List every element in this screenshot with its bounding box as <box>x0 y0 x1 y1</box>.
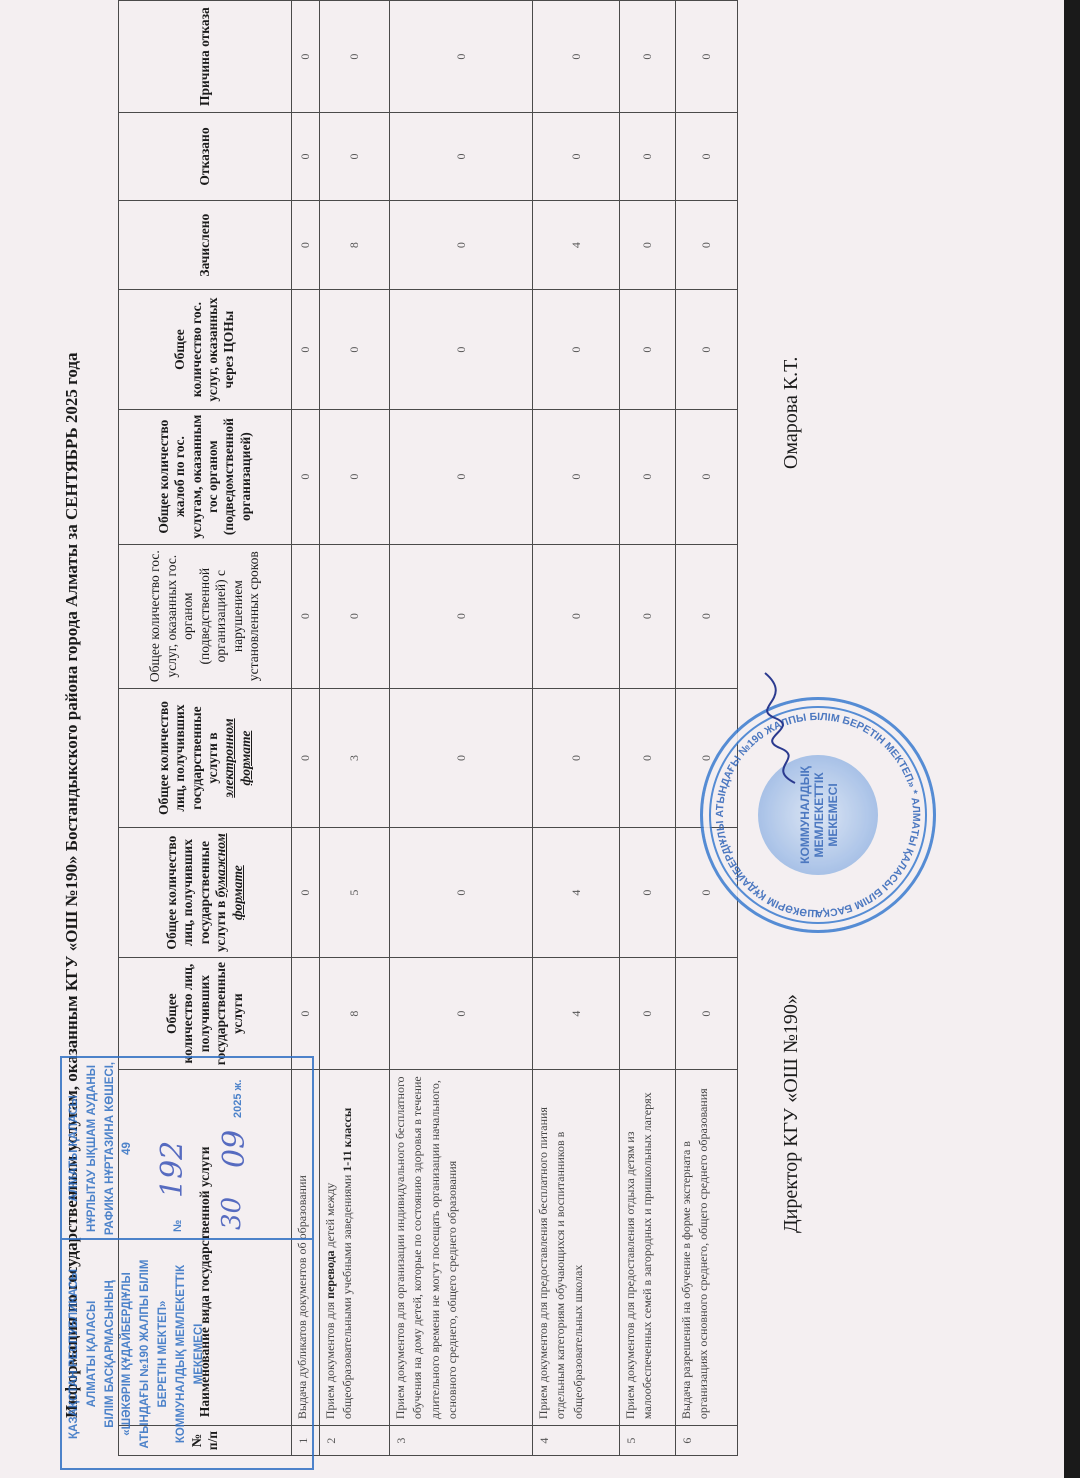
row-number: 2 <box>320 1426 390 1456</box>
row-number: 3 <box>390 1426 533 1456</box>
scan-edge <box>1064 0 1080 1478</box>
cell-con: 0 <box>533 290 620 409</box>
cell-reason: 0 <box>676 1 738 113</box>
cell-enrolled: 8 <box>320 200 390 290</box>
service-name-emphasis: 1-11 классы <box>340 1108 354 1172</box>
header-refused: Отказано <box>119 113 292 201</box>
cell-violations: 0 <box>292 544 320 688</box>
cell-refused: 0 <box>533 113 620 201</box>
cell-con: 0 <box>676 290 738 409</box>
cell-con: 0 <box>320 290 390 409</box>
stamp-line: «ШӘКӘРІМ ҚҰДАЙБЕРДІҰЛЫ <box>119 1244 137 1464</box>
table-row: 3Прием документов для организации индиви… <box>390 1 533 1456</box>
cell-reason: 0 <box>390 1 533 113</box>
cell-complaints: 0 <box>620 409 676 544</box>
header-con: Общее количество гос. услуг, оказанных ч… <box>119 290 292 409</box>
cell-electronic: 3 <box>320 688 390 827</box>
cell-refused: 0 <box>320 113 390 201</box>
cell-refused: 0 <box>390 113 533 201</box>
header-electronic-em: электронном формате <box>221 718 252 797</box>
cell-violations: 0 <box>320 544 390 688</box>
stamp-line: РАФИКА НҰРТАЗИНА КӨШЕСІ, 49 <box>102 1061 138 1236</box>
cell-enrolled: 4 <box>533 200 620 290</box>
director-name: Омарова К.Т. <box>780 357 802 469</box>
header-reason: Причина отказа <box>119 1 292 113</box>
stamp-org-block: ҚАЗАҚСТАН РЕСПУБЛИКАСЫАЛМАТЫ ҚАЛАСЫБІЛІМ… <box>66 1244 209 1464</box>
signature-scribble <box>760 668 810 788</box>
cell-con: 0 <box>390 290 533 409</box>
cell-violations: 0 <box>676 544 738 688</box>
cell-refused: 0 <box>292 113 320 201</box>
cell-refused: 0 <box>620 113 676 201</box>
header-electronic: Общее количество лиц, получивших государ… <box>119 688 292 827</box>
stamp-line: АЛМАТЫ ҚАЛАСЫ <box>84 1244 102 1464</box>
header-complaints: Общее количество жалоб по гос. услугам, … <box>119 409 292 544</box>
stamp-line: КОММУНАЛДЫҚ МЕМЛЕКЕТТІК <box>173 1244 191 1464</box>
cell-enrolled: 0 <box>390 200 533 290</box>
cell-total: 0 <box>676 957 738 1069</box>
cell-total: 8 <box>320 957 390 1069</box>
cell-complaints: 0 <box>292 409 320 544</box>
registration-stamp: ҚАЗАҚСТАН РЕСПУБЛИКАСЫАЛМАТЫ ҚАЛАСЫБІЛІМ… <box>60 1056 314 1470</box>
cell-con: 0 <box>620 290 676 409</box>
cell-con: 0 <box>292 290 320 409</box>
cell-reason: 0 <box>320 1 390 113</box>
header-paper: Общее количество лиц, получивших государ… <box>119 828 292 958</box>
header-violations: Общее количество гос. услуг, оказанных г… <box>119 544 292 688</box>
service-name: Прием документов для перевода детей межд… <box>320 1070 390 1426</box>
service-name-emphasis: перевода <box>323 1250 337 1298</box>
cell-reason: 0 <box>533 1 620 113</box>
row-number: 6 <box>676 1426 738 1456</box>
cell-electronic: 0 <box>292 688 320 827</box>
header-electronic-text: Общее количество лиц, получивших государ… <box>156 701 220 815</box>
cell-complaints: 0 <box>533 409 620 544</box>
cell-enrolled: 0 <box>676 200 738 290</box>
stamp-line: ҚАЗАҚСТАН РЕСПУБЛИКАСЫ <box>66 1244 84 1464</box>
cell-violations: 0 <box>390 544 533 688</box>
cell-complaints: 0 <box>676 409 738 544</box>
document-sheet: Информация по государственным услугам, о… <box>0 0 1080 1478</box>
stamp-line: МЕКЕМЕСІ <box>191 1244 209 1464</box>
header-enrolled: Зачислено <box>119 200 292 290</box>
cell-total: 0 <box>292 957 320 1069</box>
service-name: Прием документов для предоставления отды… <box>620 1070 676 1426</box>
stamp-date-year: 2025 ж. <box>230 1080 247 1118</box>
cell-reason: 0 <box>292 1 320 113</box>
cell-paper: 5 <box>320 828 390 958</box>
cell-electronic: 0 <box>620 688 676 827</box>
cell-paper: 0 <box>292 828 320 958</box>
stamp-line: АЛМАТЫ ҚАЛАСЫ <box>66 1061 84 1236</box>
row-number: 4 <box>533 1426 620 1456</box>
stamp-number-handwritten: 192 <box>150 1141 197 1198</box>
service-name: Прием документов для организации индивид… <box>390 1070 533 1426</box>
cell-reason: 0 <box>620 1 676 113</box>
cell-violations: 0 <box>620 544 676 688</box>
service-name: Выдача разрешений на обучение в форме эк… <box>676 1070 738 1426</box>
stamp-line: БЕРЕТІН МЕКТЕП» <box>155 1244 173 1464</box>
director-position: Директор КГУ «ОШ №190» <box>780 994 802 1233</box>
stamp-line: БІЛІМ БАСҚАРМАСЫНЫҢ <box>102 1244 120 1464</box>
cell-complaints: 0 <box>390 409 533 544</box>
cell-paper: 4 <box>533 828 620 958</box>
table-row: 4Прием документов для предоставления бес… <box>533 1 620 1456</box>
table-row: 2Прием документов для перевода детей меж… <box>320 1 390 1456</box>
cell-violations: 0 <box>533 544 620 688</box>
cell-enrolled: 0 <box>292 200 320 290</box>
stamp-line: НҰРЛЫТАУ ЫҚШАМ АУДАНЫ <box>84 1061 102 1236</box>
cell-total: 0 <box>620 957 676 1069</box>
cell-total: 0 <box>390 957 533 1069</box>
stamp-date-month: 09 <box>212 1130 259 1168</box>
cell-electronic: 0 <box>390 688 533 827</box>
cell-total: 4 <box>533 957 620 1069</box>
cell-enrolled: 0 <box>620 200 676 290</box>
cell-electronic: 0 <box>533 688 620 827</box>
cell-refused: 0 <box>676 113 738 201</box>
stamp-address-block: АЛМАТЫ ҚАЛАСЫНҰРЛЫТАУ ЫҚШАМ АУДАНЫРАФИКА… <box>66 1061 137 1236</box>
service-name: Прием документов для предоставления бесп… <box>533 1070 620 1426</box>
stamp-line: АТЫНДАҒЫ №190 ЖАЛПЫ БІЛІМ <box>137 1244 155 1464</box>
stamp-number-label: № <box>170 1220 187 1232</box>
cell-paper: 0 <box>620 828 676 958</box>
cell-paper: 0 <box>390 828 533 958</box>
service-name-text: Прием документов для <box>323 1299 337 1419</box>
cell-complaints: 0 <box>320 409 390 544</box>
stamp-date-day: 30 <box>212 1197 252 1230</box>
table-row: 5Прием документов для предоставления отд… <box>620 1 676 1456</box>
row-number: 5 <box>620 1426 676 1456</box>
header-total: Общее количество лиц, получивших государ… <box>119 957 292 1069</box>
official-round-stamp: ШӘКӘРІМ ҚҰДАЙБЕРДІҰЛЫ АТЫНДАҒЫ №190 ЖАЛП… <box>700 697 936 933</box>
